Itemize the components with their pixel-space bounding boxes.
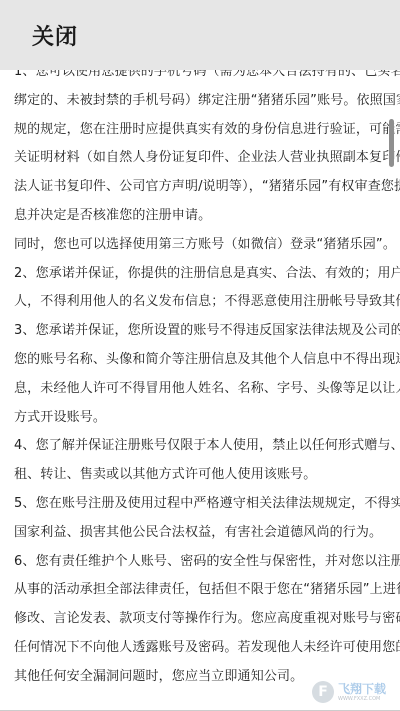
terms-line: 规的规定，您在注册时应提供真实有效的身份信息进行验证，可能需要您提供相	[14, 116, 376, 145]
terms-line: 关证明材料（如自然人身份证复印件、企业法人营业执照副本复印件和事业单位	[14, 144, 376, 173]
terms-line: 息，未经他人许可不得冒用他人姓名、名称、字号、头像等足以让人引起混淆的	[14, 375, 376, 404]
terms-line: 修改、言论发表、款项支付等操作行为。您应高度重视对账号与密码的保密，在	[14, 605, 376, 634]
terms-line: 法人证书复印件、公司官方声明/说明等），“猪猪乐园”有权审查您提交的前述信	[14, 173, 376, 202]
terms-text: 1、您可以使用您提供的手机号码（需为您本人合法持有的、已实名认证、未被他人 绑定…	[0, 58, 400, 692]
terms-line: 6、您有责任维护个人账号、密码的安全性与保密性，并对您以注册账号名义所	[14, 548, 376, 577]
top-bar: 关闭	[0, 0, 400, 70]
terms-content[interactable]: 1、您可以使用您提供的手机号码（需为您本人合法持有的、已实名认证、未被他人 绑定…	[0, 58, 400, 711]
close-button[interactable]: 关闭	[32, 20, 78, 51]
watermark-logo-icon: F	[312, 681, 334, 703]
terms-line: 方式开设账号。	[14, 404, 376, 433]
scrollbar[interactable]	[389, 119, 394, 167]
watermark: F 飞翔下载 WWW.FXXZ.COM	[312, 679, 390, 705]
terms-line: 2、您承诺并保证，你提供的注册信息是真实、合法、有效的；用户不得冒充他	[14, 260, 376, 289]
terms-line: 绑定的、未被封禁的手机号码）绑定注册“猪猪乐园”账号。依照国家相关法律法	[14, 87, 376, 116]
terms-line: 国家利益、损害其他公民合法权益，有害社会道德风尚的行为。	[14, 519, 376, 548]
terms-line: 3、您承诺并保证，您所设置的账号不得违反国家法律法规及公司的相关规则，	[14, 317, 376, 346]
terms-line: 同时，您也可以选择使用第三方账号（如微信）登录“猪猪乐园”。	[14, 231, 376, 260]
watermark-main: 飞翔下载	[338, 683, 386, 695]
terms-line: 人，不得利用他人的名义发布信息；不得恶意使用注册帐号导致其他用户误认。	[14, 288, 376, 317]
terms-line: 从事的活动承担全部法律责任，包括但不限于您在“猪猪乐园”上进行的任何数据	[14, 576, 376, 605]
terms-line: 您的账号名称、头像和简介等注册信息及其他个人信息中不得出现违法和不良信	[14, 346, 376, 375]
terms-line: 4、您了解并保证注册账号仅限于本人使用，禁止以任何形式赠与、借用、出	[14, 432, 376, 461]
terms-line: 租、转让、售卖或以其他方式许可他人使用该账号。	[14, 461, 376, 490]
watermark-sub: WWW.FXXZ.COM	[338, 697, 386, 702]
terms-line: 任何情况下不向他人透露账号及密码。若发现他人未经许可使用您的账号或发生	[14, 634, 376, 663]
watermark-text: 飞翔下载 WWW.FXXZ.COM	[338, 683, 386, 702]
terms-line: 息并决定是否核准您的注册申请。	[14, 202, 376, 231]
terms-line: 5、您在账号注册及使用过程中严格遵守相关法律法规规定，不得实施任何侵害	[14, 490, 376, 519]
